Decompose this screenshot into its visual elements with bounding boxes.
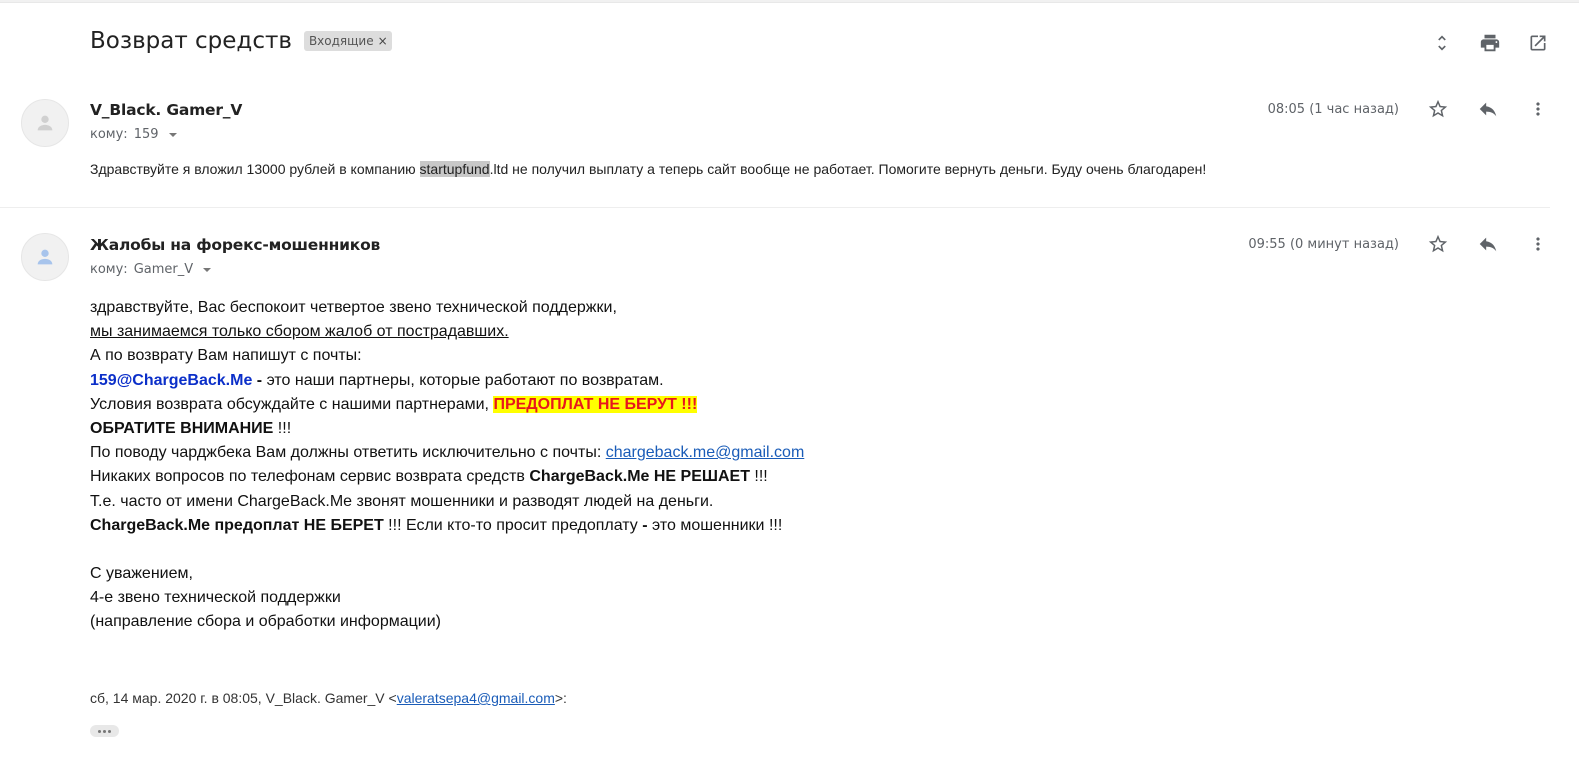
snippet-highlight: startupfund — [420, 161, 490, 177]
chargeback-email-link[interactable]: chargeback.me@gmail.com — [606, 444, 805, 461]
signature-line: 4-е звено технической поддержки — [90, 586, 804, 610]
label-chip-inbox[interactable]: Входящие × — [304, 31, 392, 51]
body-line: ChargeBack.Me предоплат НЕ БЕРЕТ !!! Есл… — [90, 514, 804, 538]
star-button[interactable] — [1427, 98, 1449, 120]
dot-icon — [108, 730, 111, 733]
more-options-button[interactable] — [1527, 233, 1549, 255]
quote-header-end: >: — [555, 690, 567, 706]
message-time: 08:05 (1 час назад) — [1268, 102, 1399, 117]
expand-all-button[interactable] — [1431, 32, 1453, 54]
body-text: Условия возврата обсуждайте с нашими пар… — [90, 396, 493, 413]
print-button[interactable] — [1479, 32, 1501, 54]
quote-sender-email-link[interactable]: valeratsepa4@gmail.com — [397, 690, 555, 706]
open-in-new-window-button[interactable] — [1527, 32, 1549, 54]
star-icon — [1427, 233, 1449, 255]
message-body: здравствуйте, Вас беспокоит четвертое зв… — [90, 296, 804, 635]
top-border — [0, 0, 1579, 3]
warning-highlight: ПРЕДОПЛАТ НЕ БЕРУТ !!! — [493, 396, 697, 413]
body-text: !!! Если кто-то просит предоплату — [384, 517, 643, 534]
attention-heading: ОБРАТИТЕ ВНИМАНИЕ — [90, 420, 273, 437]
recipient-name: Gamer_V — [134, 262, 193, 277]
body-text: это наши партнеры, которые работают по в… — [267, 372, 664, 389]
reply-icon — [1477, 233, 1499, 255]
dash: - — [252, 372, 266, 389]
body-text: это мошенники !!! — [648, 517, 783, 534]
body-line: Т.е. часто от имени ChargeBack.Me звонят… — [90, 490, 804, 514]
bold-text: ChargeBack.Me НЕ РЕШАЕТ — [529, 468, 750, 485]
remove-label-icon[interactable]: × — [378, 34, 388, 48]
reply-icon — [1477, 98, 1499, 120]
reply-button[interactable] — [1477, 98, 1499, 120]
details-caret-icon[interactable] — [203, 268, 211, 272]
partner-email: 159@ChargeBack.Me — [90, 372, 252, 389]
message-snippet[interactable]: Здравствуйте я вложил 13000 рублей в ком… — [90, 161, 1206, 177]
open-in-new-icon — [1528, 33, 1548, 53]
more-vert-icon — [1528, 99, 1548, 119]
reply-button[interactable] — [1477, 233, 1499, 255]
label-chip-text: Входящие — [309, 34, 374, 48]
star-icon — [1427, 98, 1449, 120]
more-vert-icon — [1528, 234, 1548, 254]
person-icon — [34, 112, 56, 134]
body-text: Никаких вопросов по телефонам сервис воз… — [90, 468, 529, 485]
quoted-header: сб, 14 мар. 2020 г. в 08:05, V_Black. Ga… — [90, 690, 567, 706]
to-prefix: кому: — [90, 127, 128, 142]
thread-actions — [1431, 32, 1549, 54]
body-line: здравствуйте, Вас беспокоит четвертое зв… — [90, 296, 804, 320]
bold-text: ChargeBack.Me предоплат НЕ БЕРЕТ — [90, 517, 384, 534]
snippet-text: Здравствуйте я вложил 13000 рублей в ком… — [90, 161, 420, 177]
print-icon — [1479, 32, 1501, 54]
recipient-line[interactable]: кому: 159 — [90, 127, 177, 142]
dot-icon — [103, 730, 106, 733]
thread-header: Возврат средств Входящие × — [90, 28, 392, 54]
more-options-button[interactable] — [1527, 98, 1549, 120]
dot-icon — [98, 730, 101, 733]
signature-line: С уважением, — [90, 562, 804, 586]
star-button[interactable] — [1427, 233, 1449, 255]
quote-header-text: сб, 14 мар. 2020 г. в 08:05, V_Black. Ga… — [90, 690, 397, 706]
body-line: 159@ChargeBack.Me - это наши партнеры, к… — [90, 369, 804, 393]
body-line-underlined: мы занимаемся только сбором жалоб от пос… — [90, 320, 804, 344]
body-line: А по возврату Вам напишут с почты: — [90, 344, 804, 368]
body-line: По поводу чарджбека Вам должны ответить … — [90, 441, 804, 465]
unfold-icon — [1432, 33, 1452, 53]
details-caret-icon[interactable] — [169, 133, 177, 137]
message-meta: 09:55 (0 минут назад) — [1248, 233, 1549, 255]
person-icon — [34, 246, 56, 268]
sender-name[interactable]: V_Black. Gamer_V — [90, 101, 242, 119]
sender-name[interactable]: Жалобы на форекс-мошенников — [90, 236, 380, 254]
sender-avatar[interactable] — [21, 233, 69, 281]
body-line: Никаких вопросов по телефонам сервис воз… — [90, 465, 804, 489]
message-meta: 08:05 (1 час назад) — [1268, 98, 1549, 120]
body-line: Условия возврата обсуждайте с нашими пар… — [90, 393, 804, 417]
body-line: ОБРАТИТЕ ВНИМАНИЕ !!! — [90, 417, 804, 441]
to-prefix: кому: — [90, 262, 128, 277]
message-time: 09:55 (0 минут назад) — [1248, 237, 1399, 252]
body-text: !!! — [273, 420, 291, 437]
signature-line: (направление сбора и обработки информаци… — [90, 610, 804, 634]
recipient-name: 159 — [134, 127, 159, 142]
body-text: По поводу чарджбека Вам должны ответить … — [90, 444, 606, 461]
sender-avatar[interactable] — [21, 99, 69, 147]
message-divider — [0, 207, 1550, 208]
show-trimmed-content-button[interactable] — [90, 725, 119, 737]
recipient-line[interactable]: кому: Gamer_V — [90, 262, 211, 277]
body-text: !!! — [750, 468, 768, 485]
snippet-text-end: .ltd не получил выплату а теперь сайт во… — [490, 161, 1207, 177]
thread-subject: Возврат средств — [90, 28, 292, 54]
